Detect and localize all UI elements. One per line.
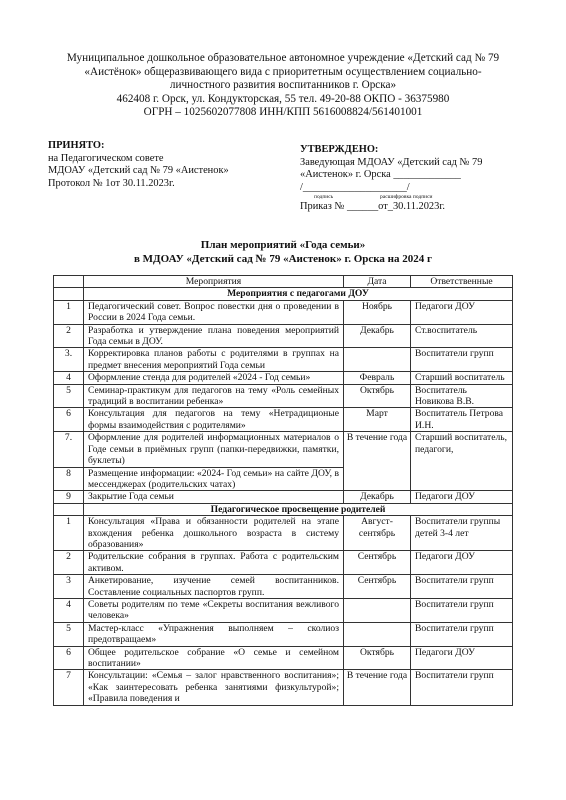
row-event: Педагогический совет. Вопрос повестки дн… — [84, 300, 344, 324]
accepted-line: Протокол № 1от 30.11.2023г. — [48, 178, 229, 191]
row-responsible: Старший воспитатель — [411, 372, 513, 384]
row-number: 6 — [54, 408, 84, 432]
row-responsible: Педагоги ДОУ — [411, 646, 513, 670]
row-number: 3 — [54, 575, 84, 599]
row-responsible: Воспитатель Новикова В.В. — [411, 384, 513, 408]
section-title: Мероприятия с педагогами ДОУ — [84, 288, 513, 300]
row-number: 5 — [54, 622, 84, 646]
events-table: Мероприятия Дата Ответственные Мероприят… — [53, 275, 513, 706]
row-number: 5 — [54, 384, 84, 408]
row-number: 6 — [54, 646, 84, 670]
table-row: 2Разработка и утверждение плана поведени… — [54, 324, 513, 348]
row-number: 4 — [54, 598, 84, 622]
organization-header: Муниципальное дошкольное образовательное… — [40, 52, 526, 120]
row-responsible: Педагоги ДОУ — [411, 551, 513, 575]
row-responsible: Воспитатели групп — [411, 598, 513, 622]
accepted-title: ПРИНЯТО: — [48, 140, 229, 153]
signature-line: /____________________/ — [300, 182, 482, 195]
row-date — [344, 348, 411, 372]
table-row: 2Родительские собрания в группах. Работа… — [54, 551, 513, 575]
row-date: Декабрь — [344, 491, 411, 503]
row-event: Мастер-класс «Упражнения выполняем – ско… — [84, 622, 344, 646]
row-responsible: Ст.воспитатель — [411, 324, 513, 348]
row-responsible: Педагоги ДОУ — [411, 491, 513, 503]
table-row: 1Консультация «Права и обязанности родит… — [54, 516, 513, 551]
col-responsible: Ответственные — [411, 276, 513, 288]
header-line: 462408 г. Орск, ул. Кондукторская, 55 те… — [40, 93, 526, 107]
row-number: 1 — [54, 516, 84, 551]
row-event: Общее родительское собрание «О семье и с… — [84, 646, 344, 670]
section-row: Педагогическое просвещение родителей — [54, 503, 513, 515]
section-row: Мероприятия с педагогами ДОУ — [54, 288, 513, 300]
row-event: Закрытие Года семьи — [84, 491, 344, 503]
section-title: Педагогическое просвещение родителей — [84, 503, 513, 515]
col-number — [54, 276, 84, 288]
approved-block: УТВЕРЖДЕНО: Заведующая МДОАУ «Детский са… — [300, 144, 482, 214]
document-title: План мероприятий «Года семьи» в МДОАУ «Д… — [40, 238, 526, 266]
row-date — [344, 622, 411, 646]
row-responsible: Воспитатели групп — [411, 622, 513, 646]
col-date: Дата — [344, 276, 411, 288]
row-date: В течение года — [344, 432, 411, 491]
section-number-cell — [54, 288, 84, 300]
table-header-row: Мероприятия Дата Ответственные — [54, 276, 513, 288]
approved-title: УТВЕРЖДЕНО: — [300, 144, 482, 157]
row-responsible: Старший воспитатель, педагоги, — [411, 432, 513, 491]
table-row: 7.Оформление для родителей информационны… — [54, 432, 513, 467]
header-line: «Аистёнок» общеразвивающего вида с приор… — [40, 66, 526, 80]
row-number: 2 — [54, 324, 84, 348]
row-responsible: Педагоги ДОУ — [411, 300, 513, 324]
row-number: 7. — [54, 432, 84, 467]
row-date: Ноябрь — [344, 300, 411, 324]
table-row: 1Педагогический совет. Вопрос повестки д… — [54, 300, 513, 324]
table-row: 7Консультации: «Семья – залог нравственн… — [54, 670, 513, 705]
accepted-line: МДОАУ «Детский сад № 79 «Аистенок» — [48, 165, 229, 178]
row-responsible: Воспитатели групп — [411, 575, 513, 599]
accepted-line: на Педагогическом совете — [48, 153, 229, 166]
title-line-1: План мероприятий «Года семьи» — [40, 238, 526, 252]
signature-labels: подписьрасшифровка подписи — [300, 194, 482, 201]
row-responsible: Воспитатели групп — [411, 670, 513, 705]
row-number: 2 — [54, 551, 84, 575]
table-row: 4Советы родителям по теме «Секреты воспи… — [54, 598, 513, 622]
row-date: Сентябрь — [344, 551, 411, 575]
approved-line: «Аистенок» г. Орска _____________ — [300, 169, 482, 182]
row-event: Советы родителям по теме «Секреты воспит… — [84, 598, 344, 622]
accepted-block: ПРИНЯТО: на Педагогическом совете МДОАУ … — [48, 140, 229, 190]
table-row: 9Закрытие Года семьиДекабрьПедагоги ДОУ — [54, 491, 513, 503]
table-row: 3.Корректировка планов работы с родителя… — [54, 348, 513, 372]
sign-label: подпись — [314, 194, 370, 201]
row-event: Корректировка планов работы с родителями… — [84, 348, 344, 372]
row-date: Декабрь — [344, 324, 411, 348]
row-event: Семинар-практикум для педагогов на тему … — [84, 384, 344, 408]
section-number-cell — [54, 503, 84, 515]
row-event: Консультации: «Семья – залог нравственно… — [84, 670, 344, 705]
approved-line: Заведующая МДОАУ «Детский сад № 79 — [300, 157, 482, 170]
row-date: В течение года — [344, 670, 411, 705]
table-row: 6Общее родительское собрание «О семье и … — [54, 646, 513, 670]
row-date: Сентябрь — [344, 575, 411, 599]
header-line: личностного развития воспитанников г. Ор… — [40, 79, 526, 93]
table-row: 6Консультация для педагогов на тему «Нет… — [54, 408, 513, 432]
table-row: 3Анкетирование, изучение семей воспитанн… — [54, 575, 513, 599]
row-event: Родительские собрания в группах. Работа … — [84, 551, 344, 575]
row-date: Октябрь — [344, 384, 411, 408]
table-row: 5Мастер-класс «Упражнения выполняем – ск… — [54, 622, 513, 646]
row-event: Разработка и утверждение плана поведения… — [84, 324, 344, 348]
row-number: 9 — [54, 491, 84, 503]
table-row: 4Оформление стенда для родителей «2024 -… — [54, 372, 513, 384]
row-date: Октябрь — [344, 646, 411, 670]
row-event: Оформление стенда для родителей «2024 - … — [84, 372, 344, 384]
header-line: Муниципальное дошкольное образовательное… — [40, 52, 526, 66]
row-number: 4 — [54, 372, 84, 384]
row-date: Август-сентябрь — [344, 516, 411, 551]
row-event: Размещение информации: «2024- Год семьи»… — [84, 467, 344, 491]
row-date — [344, 598, 411, 622]
table-row: 5Семинар-практикум для педагогов на тему… — [54, 384, 513, 408]
row-event: Анкетирование, изучение семей воспитанни… — [84, 575, 344, 599]
row-number: 1 — [54, 300, 84, 324]
row-event: Оформление для родителей информационных … — [84, 432, 344, 467]
row-number: 7 — [54, 670, 84, 705]
row-responsible: Воспитатель Петрова И.Н. — [411, 408, 513, 432]
row-responsible: Воспитатели группы детей 3-4 лет — [411, 516, 513, 551]
order-line: Приказ № ______от_30.11.2023г. — [300, 201, 482, 214]
col-events: Мероприятия — [84, 276, 344, 288]
row-date: Март — [344, 408, 411, 432]
decode-label: расшифровка подписи — [380, 194, 432, 201]
row-date: Февраль — [344, 372, 411, 384]
row-number: 3. — [54, 348, 84, 372]
header-line: ОГРН – 1025602077808 ИНН/КПП 5616008824/… — [40, 106, 526, 120]
title-line-2: в МДОАУ «Детский сад № 79 «Аистенок» г. … — [40, 252, 526, 266]
row-number: 8 — [54, 467, 84, 491]
row-responsible: Воспитатели групп — [411, 348, 513, 372]
row-event: Консультация для педагогов на тему «Нетр… — [84, 408, 344, 432]
row-event: Консультация «Права и обязанности родите… — [84, 516, 344, 551]
